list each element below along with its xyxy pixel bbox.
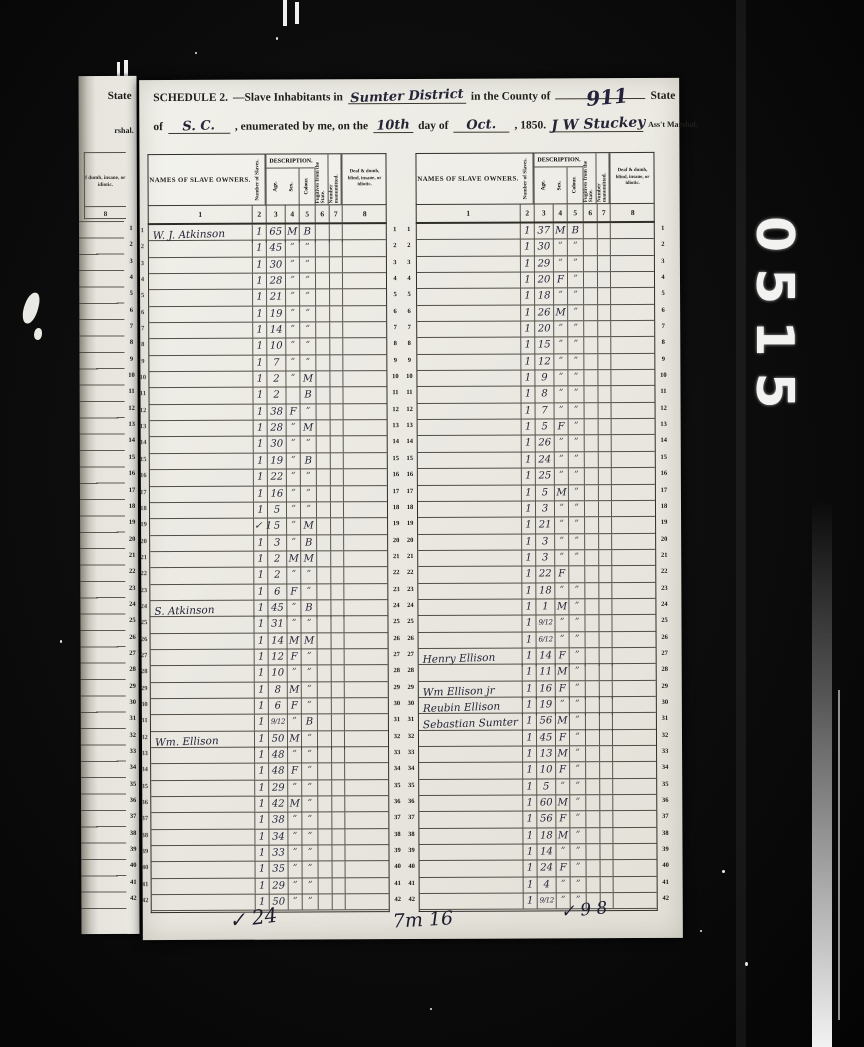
row-number: 36: [659, 793, 671, 809]
deaf-dumb-cell: [612, 811, 657, 827]
sex-cell: M: [285, 224, 299, 242]
tally-annotation-center: 7m 16: [392, 907, 453, 932]
sex-cell: ”: [286, 486, 300, 501]
deaf-dumb-cell: [342, 257, 387, 273]
handwritten-entry: Wm Ellison jr: [423, 683, 495, 700]
slave-record-row: 19/12””: [418, 615, 655, 632]
handwritten-entry: 1: [521, 387, 534, 402]
fugitives-cell: [317, 715, 331, 730]
colour-cell: ”: [300, 584, 316, 599]
row-number: 35: [405, 778, 417, 794]
row-number: 7: [138, 321, 147, 337]
row-number: 6: [657, 303, 669, 319]
age-cell: 8: [534, 387, 553, 402]
manumitted-cell: [331, 698, 344, 713]
owner-name-cell: [151, 650, 254, 666]
row-number: 16: [126, 466, 138, 482]
owner-name-cell: [150, 454, 253, 470]
description-subcolumns: Age. Sex. Colour.: [267, 168, 316, 204]
handwritten-entry: 5: [536, 420, 554, 435]
handwritten-entry: 1: [254, 421, 267, 436]
fugitives-cell: [583, 370, 597, 385]
age-cell: 15: [534, 338, 553, 353]
row-number: 9: [125, 352, 137, 368]
table-body-left: W. J. Atkinson165MB145””130””128””121””1…: [148, 224, 390, 913]
handwritten-entry: 7: [267, 355, 285, 370]
number-of-slaves-cell: 1: [521, 599, 535, 614]
age-cell: 21: [535, 518, 554, 533]
handwritten-entry: ”: [301, 470, 316, 485]
manumitted-cell: [598, 452, 611, 467]
sex-cell: ”: [286, 437, 300, 452]
number-of-slaves-cell: 1: [252, 339, 266, 354]
slave-record-row: 119”B: [150, 453, 387, 470]
handwritten-entry: ”: [570, 746, 585, 761]
handwritten-entry: 9: [535, 370, 553, 385]
slave-record-row: 142M”: [151, 796, 388, 813]
number-of-slaves-cell: 1: [521, 485, 535, 500]
handwritten-entry: 1: [524, 861, 537, 876]
age-cell: 9/12: [535, 616, 554, 631]
handwritten-entry: ”: [300, 355, 315, 370]
slave-record-row: 12B: [149, 388, 386, 405]
schedule-title-line: SCHEDULE 2.—Slave Inhabitants in Sumter …: [153, 88, 669, 105]
sex-cell: ”: [287, 846, 301, 861]
deaf-dumb-cell: [345, 878, 390, 894]
handwritten-entry: 24: [538, 861, 556, 876]
handwritten-entry: 20: [535, 272, 553, 287]
deaf-dumb-cell: [345, 894, 390, 910]
handwritten-entry: 26: [535, 305, 553, 320]
handwritten-entry: 30: [268, 437, 286, 452]
enumeration-line: of S. C. , enumerated by me, on the 10th…: [153, 116, 669, 134]
deaf-dumb-cell: [611, 533, 656, 549]
handwritten-entry: ”: [554, 256, 567, 271]
row-number: 17: [658, 482, 670, 498]
handwritten-entry: ”: [302, 796, 317, 811]
handwritten-entry: 45: [268, 600, 286, 615]
deaf-dumb-cell: [343, 453, 388, 469]
manumitted-cell: [331, 764, 344, 779]
handwritten-entry: ”: [302, 813, 317, 828]
row-number: 24: [404, 598, 416, 614]
sex-cell: ”: [287, 813, 301, 828]
sex-cell: M: [554, 485, 568, 500]
row-number: 33: [391, 745, 403, 761]
fugitives-cell: [318, 862, 332, 877]
row-number: 15: [658, 450, 670, 466]
tally-annotation-right: ✓ 9 8: [560, 898, 608, 922]
row-number: 26: [140, 632, 149, 648]
owner-name-cell: [417, 387, 520, 403]
handwritten-entry: 1: [255, 764, 268, 779]
row-number: 12: [404, 402, 416, 418]
row-number: 6: [138, 305, 147, 321]
colour-cell: ”: [302, 895, 318, 910]
row-number: 15: [404, 451, 416, 467]
row-number: 9: [389, 353, 401, 369]
manumitted-cell: [599, 779, 612, 794]
handwritten-entry: ”: [555, 468, 568, 483]
handwritten-entry: 37: [535, 223, 553, 238]
row-number: 31: [140, 713, 149, 729]
fugitives-cell: [316, 568, 330, 583]
age-cell: 29: [534, 256, 553, 271]
film-speck: [60, 640, 62, 643]
owner-name-cell: [151, 666, 254, 682]
colour-cell: ”: [569, 828, 585, 843]
slave-record-row: 130””: [149, 257, 386, 274]
sex-cell: ”: [286, 470, 300, 485]
handwritten-entry: M: [301, 421, 316, 436]
age-cell: 34: [268, 829, 287, 844]
manumitted-cell: [597, 239, 610, 254]
handwritten-entry: ”: [301, 437, 316, 452]
row-number: 7: [125, 319, 137, 335]
age-cell: 4: [537, 877, 556, 892]
handwritten-entry: Reubin Ellison: [423, 700, 501, 717]
row-number: 15: [126, 450, 138, 466]
row-number: 21: [390, 549, 402, 565]
slave-record-row: 112F”: [151, 649, 388, 666]
colour-cell: ”: [567, 272, 583, 287]
row-number: 38: [405, 827, 417, 843]
handwritten-entry: 1: [521, 354, 534, 369]
handwritten-entry: 1: [521, 371, 534, 386]
manumitted-cell: [599, 648, 612, 666]
row-numbers-right-margin: 1234567891011121314151617181920212223242…: [657, 221, 672, 907]
colour-cell: ”: [567, 354, 583, 369]
deaf-dumb-cell: [344, 682, 389, 698]
column-number: 4: [285, 205, 299, 222]
number-of-slaves-cell: 1: [522, 779, 536, 794]
row-number: 11: [403, 385, 415, 401]
handwritten-entry: ”: [302, 731, 317, 746]
slave-record-row: 125””: [418, 468, 655, 485]
manumitted-cell: [599, 664, 612, 679]
deaf-dumb-cell: [343, 584, 388, 600]
number-of-slaves-cell: 1: [253, 535, 267, 550]
manumitted-cell: [332, 878, 345, 893]
sex-cell: M: [286, 551, 300, 566]
handwritten-entry: ”: [570, 828, 585, 843]
sex-cell: ”: [285, 257, 299, 272]
colour-cell: ”: [568, 583, 584, 598]
owner-name-cell: [418, 469, 521, 485]
colour-cell: ”: [299, 306, 315, 321]
deaf-dumb-cell: [611, 419, 656, 435]
fugitives-cell: [316, 584, 330, 599]
colour-cell: ”: [568, 550, 584, 565]
colour-cell: ”: [301, 682, 317, 697]
number-of-slaves-cell: 1: [253, 453, 267, 468]
deaf-dumb-cell: [611, 484, 656, 500]
handwritten-entry: 6/12: [537, 632, 555, 647]
fugitives-cell: [586, 877, 600, 892]
colour-cell: ”: [300, 502, 316, 517]
owner-name-cell: [151, 682, 254, 698]
slave-record-row: 13””: [418, 550, 655, 567]
description-label: DESCRIPTION.: [266, 154, 315, 168]
owner-name-cell: [418, 436, 521, 452]
handwritten-entry: F: [556, 681, 569, 696]
age-cell: 18: [534, 289, 553, 304]
row-number: 13: [404, 418, 416, 434]
handwritten-entry: 18: [537, 828, 555, 843]
deaf-dumb-cell: [343, 518, 388, 534]
row-number: 41: [392, 876, 404, 892]
slave-record-row: 15””: [419, 779, 656, 796]
row-number: 11: [126, 384, 138, 400]
sex-cell: ”: [286, 568, 300, 583]
manumitted-cell: [329, 290, 342, 305]
number-of-slaves-cell: 1: [252, 241, 266, 256]
column-number: 8: [342, 205, 387, 222]
deaf-dumb-cell: [342, 388, 387, 404]
sex-cell: ”: [553, 354, 567, 369]
sex-cell: M: [287, 682, 301, 697]
age-cell: 28: [267, 421, 286, 436]
handwritten-entry: F: [555, 419, 568, 434]
row-number: 13: [139, 419, 148, 435]
age-cell: 9/12: [537, 893, 556, 908]
row-number: 2: [389, 238, 401, 254]
handwritten-entry: ”: [300, 257, 315, 272]
handwritten-entry: ”: [302, 764, 317, 779]
owner-name-cell: [417, 338, 520, 354]
deaf-dumb-cell: [342, 339, 387, 355]
handwritten-entry: 1: [523, 714, 536, 729]
month-handwritten: Oct.: [466, 117, 496, 133]
handwritten-entry: F: [288, 764, 301, 779]
slave-record-row: 160M”: [419, 795, 656, 812]
owner-name-cell: [417, 289, 520, 305]
handwritten-entry: 3: [536, 550, 554, 565]
sex-cell: F: [287, 649, 301, 664]
film-speck: [430, 1008, 432, 1010]
row-number: 5: [657, 286, 669, 302]
handwritten-entry: 1: [253, 225, 266, 240]
deaf-dumb-cell: [610, 256, 655, 272]
row-number: 37: [405, 810, 417, 826]
deaf-dumb-cell: [344, 698, 389, 714]
colour-cell: ”: [568, 419, 584, 434]
manumitted-cell: [331, 715, 344, 730]
handwritten-entry: ”: [570, 697, 585, 712]
owner-name-cell: [418, 452, 521, 468]
slave-record-row: Wm. Ellison150M”: [151, 731, 388, 748]
handwritten-entry: 1: [255, 650, 268, 665]
handwritten-entry: 1: [253, 372, 266, 387]
handwritten-entry: 5: [268, 502, 286, 517]
handwritten-entry: ”: [300, 306, 315, 321]
handwritten-entry: 1: [522, 469, 535, 484]
row-number: 24: [658, 597, 670, 613]
row-number: 31: [127, 711, 139, 727]
handwritten-entry: ”: [300, 290, 315, 305]
number-of-slaves-cell: 1: [523, 877, 537, 892]
description-label: DESCRIPTION.: [534, 153, 583, 167]
row-number: 33: [659, 744, 671, 760]
handwritten-entry: 3: [536, 501, 554, 516]
slave-record-row: 130””: [417, 239, 654, 256]
row-number: 2: [125, 237, 137, 253]
number-of-slaves-cell: 1: [253, 617, 267, 632]
handwritten-entry: ”: [568, 256, 583, 271]
row-number: 25: [126, 613, 138, 629]
handwritten-entry: 2: [267, 372, 285, 387]
handwritten-entry: 1: [254, 453, 267, 468]
deaf-dumb-cell: [342, 240, 387, 256]
sex-cell: ”: [287, 715, 301, 730]
row-number: 34: [391, 761, 403, 777]
handwritten-entry: 1: [521, 305, 534, 320]
manumitted-cell: [599, 762, 612, 777]
row-number: 9: [657, 352, 669, 368]
handwritten-entry: B: [300, 388, 315, 403]
column-number: 8: [610, 204, 655, 221]
slave-record-row: 118””: [418, 582, 655, 599]
owner-name-cell: [150, 552, 253, 568]
film-speck: [276, 37, 278, 40]
fugitives-cell: [317, 780, 331, 795]
fugitives-cell: [316, 470, 330, 485]
handwritten-entry: 19: [268, 453, 286, 468]
fugitives-cell: [583, 256, 597, 271]
number-of-slaves-cell: 1: [254, 682, 268, 697]
row-number: 41: [660, 875, 672, 891]
age-cell: 33: [268, 846, 287, 861]
county-label: in the County of: [471, 90, 551, 102]
colour-cell: ”: [569, 763, 585, 778]
handwritten-entry: 1: [253, 274, 266, 289]
row-number: 10: [389, 369, 401, 385]
row-number: 1: [125, 221, 137, 237]
row-number: 38: [127, 826, 139, 842]
row-number: 29: [659, 678, 671, 694]
manumitted-cell: [599, 811, 612, 826]
handwritten-entry: 1: [255, 633, 268, 648]
handwritten-entry: 1: [521, 322, 534, 337]
handwritten-entry: 30: [535, 240, 553, 255]
handwritten-entry: 1: [254, 552, 267, 567]
deaf-dumb-cell: [612, 664, 657, 680]
sex-cell: ”: [555, 844, 569, 859]
handwritten-entry: M: [288, 633, 301, 648]
sex-cell: F: [554, 419, 568, 434]
handwritten-entry: M: [556, 665, 569, 680]
marshal-signature: J W Stuckey: [551, 114, 646, 134]
slave-record-row: ✓ 15”M: [150, 518, 387, 535]
deaf-dumb-cell: [344, 829, 389, 845]
manumitted-cell: [330, 404, 343, 419]
handwritten-entry: 7: [536, 403, 554, 418]
slave-record-row: 15F”: [418, 419, 655, 436]
sex-cell: ”: [553, 338, 567, 353]
row-number: 33: [405, 745, 417, 761]
row-number: 31: [405, 712, 417, 728]
age-cell: 14: [536, 844, 555, 859]
deaf-dumb-column-header: Deaf & dumb, blind, insane, or idiotic.: [609, 153, 654, 203]
row-number: 37: [127, 809, 139, 825]
manumitted-cell: [597, 338, 610, 353]
slave-record-row: 17””: [149, 355, 386, 372]
age-cell: 38: [267, 404, 286, 419]
handwritten-entry: ”: [288, 666, 301, 681]
age-cell: 18: [536, 828, 555, 843]
fugitives-cell: [585, 763, 599, 778]
handwritten-entry: M: [301, 551, 316, 566]
prev-page-column8-text: f dumb, insane, or idiotic.: [85, 153, 126, 189]
handwritten-entry: 24: [536, 452, 554, 467]
owner-name-cell: [150, 486, 253, 502]
number-of-slaves-cell: 1: [522, 714, 536, 732]
handwritten-entry: ”: [568, 338, 583, 353]
colour-cell: ”: [300, 404, 316, 419]
slave-record-row: 18””: [417, 386, 654, 403]
manumitted-cell: [599, 681, 612, 699]
colour-cell: ”: [568, 452, 584, 467]
sex-cell: F: [554, 567, 568, 582]
handwritten-entry: ”: [571, 861, 586, 876]
sex-cell: F: [555, 730, 569, 745]
manumitted-cell: [329, 322, 342, 337]
day-of-label: day of: [418, 120, 448, 132]
owner-name-cell: [151, 633, 254, 649]
manumitted-cell: [331, 845, 344, 860]
handwritten-entry: ”: [286, 241, 299, 256]
row-number: 24: [139, 599, 148, 615]
handwritten-entry: ”: [568, 354, 583, 369]
handwritten-entry: 1: [523, 681, 536, 696]
age-cell: 18: [535, 583, 554, 598]
slave-record-row: 121””: [418, 517, 655, 534]
sex-cell: M: [554, 599, 568, 614]
age-cell: 28: [266, 274, 285, 289]
owner-name-cell: [151, 764, 254, 780]
description-group-header: DESCRIPTION. Age. Sex. Colour.: [265, 154, 314, 204]
handwritten-entry: 1: [255, 846, 268, 861]
manumitted-cell: [599, 730, 612, 745]
age-cell: 2: [267, 568, 286, 583]
handwritten-entry: ”: [570, 763, 585, 778]
row-number: 16: [404, 467, 416, 483]
handwritten-entry: 31: [268, 617, 286, 632]
handwritten-entry: 29: [535, 256, 553, 271]
owner-name-cell: [419, 845, 522, 861]
handwritten-entry: M: [555, 599, 568, 614]
handwritten-entry: ”: [569, 583, 584, 598]
handwritten-entry: 14: [537, 648, 555, 663]
number-of-slaves-cell: 1: [521, 567, 535, 582]
fugitives-cell: [585, 844, 599, 859]
slave-record-row: 118M”: [419, 828, 656, 845]
owner-name-cell: [419, 812, 522, 828]
fugitives-cell: [584, 550, 598, 565]
handwritten-entry: 1: [253, 241, 266, 256]
fugitives-cell: [585, 730, 599, 745]
manumitted-cell: [332, 862, 345, 877]
sex-cell: M: [287, 633, 301, 648]
deaf-dumb-cell: [342, 289, 387, 305]
film-mark: [283, 0, 287, 26]
sex-cell: ”: [287, 780, 301, 795]
handwritten-entry: 48: [269, 748, 287, 763]
manumitted-cell: [598, 468, 611, 483]
handwritten-entry: 4: [538, 877, 556, 892]
manumitted-cell: [599, 844, 612, 859]
number-of-slaves-cell: 1: [521, 452, 535, 467]
